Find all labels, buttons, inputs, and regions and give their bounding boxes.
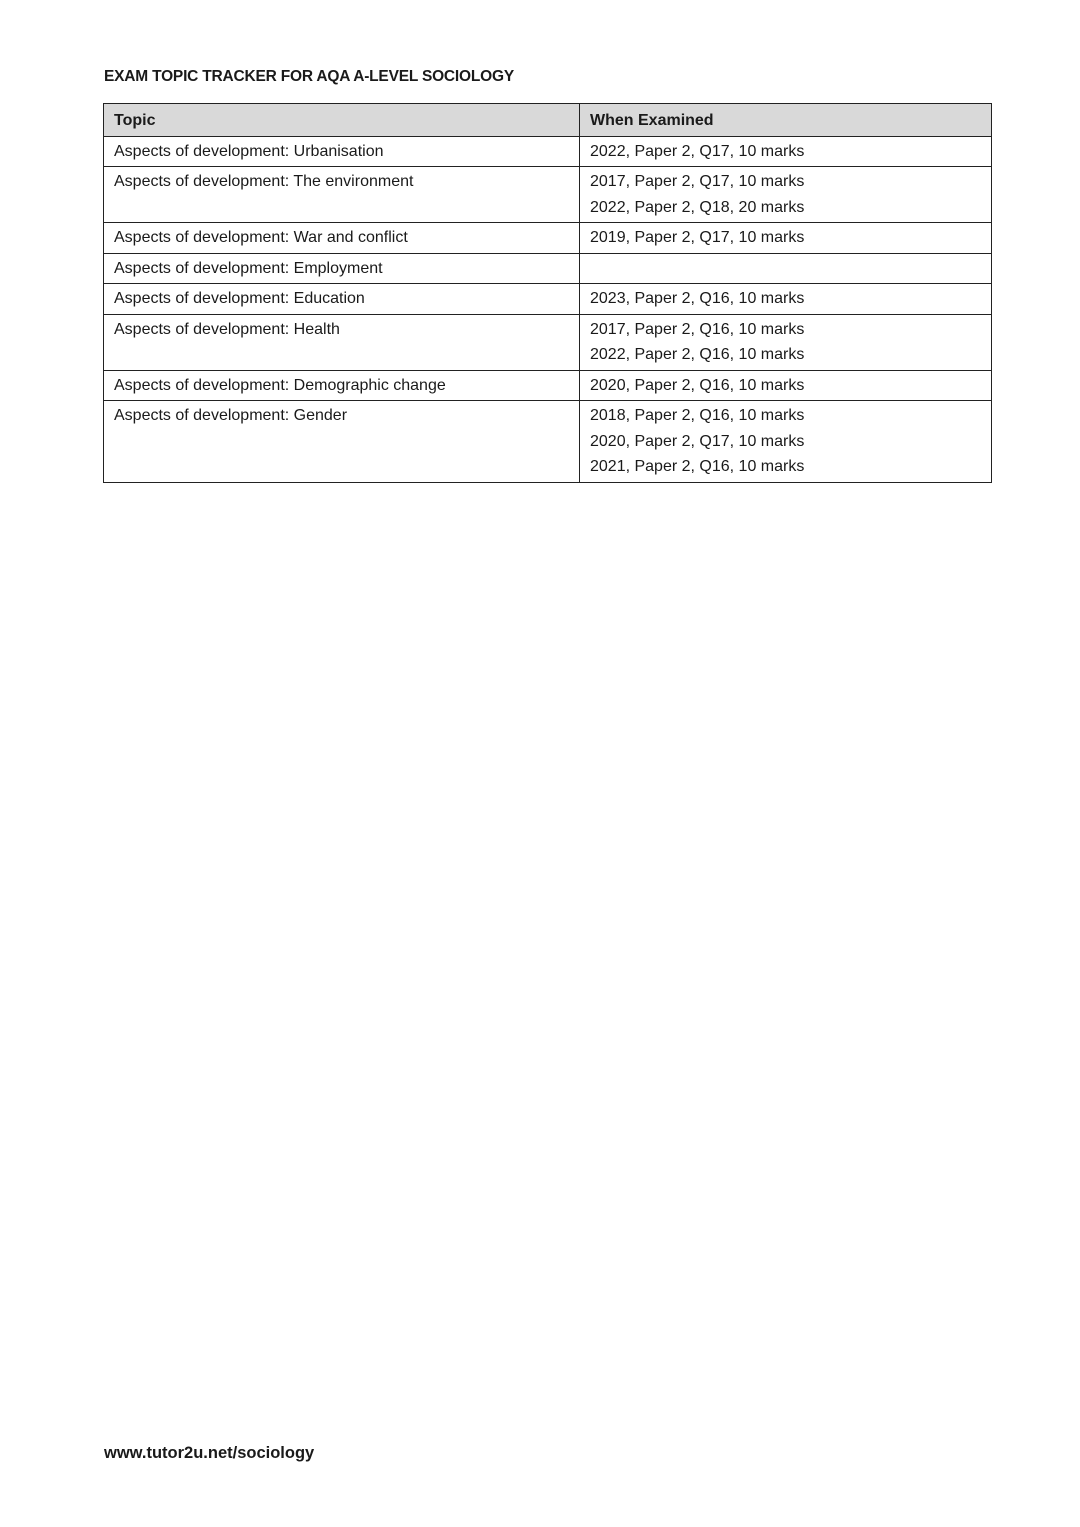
table-row: Aspects of development: The environment2…	[104, 167, 992, 223]
empty-value	[590, 256, 981, 282]
when-examined-cell: 2017, Paper 2, Q16, 10 marks2022, Paper …	[580, 314, 992, 370]
page-title: EXAM TOPIC TRACKER FOR AQA A-LEVEL SOCIO…	[104, 67, 514, 87]
exam-occurrence: 2020, Paper 2, Q16, 10 marks	[590, 373, 981, 399]
when-examined-cell: 2018, Paper 2, Q16, 10 marks2020, Paper …	[580, 401, 992, 483]
when-examined-cell: 2019, Paper 2, Q17, 10 marks	[580, 223, 992, 254]
topic-cell: Aspects of development: Health	[104, 314, 580, 370]
exam-occurrence: 2017, Paper 2, Q16, 10 marks	[590, 317, 981, 343]
topic-cell: Aspects of development: War and conflict	[104, 223, 580, 254]
table-row: Aspects of development: Education2023, P…	[104, 284, 992, 315]
table-row: Aspects of development: Gender2018, Pape…	[104, 401, 992, 483]
exam-occurrence: 2019, Paper 2, Q17, 10 marks	[590, 225, 981, 251]
topic-cell: Aspects of development: Urbanisation	[104, 136, 580, 167]
when-examined-cell	[580, 253, 992, 284]
topic-cell: Aspects of development: Gender	[104, 401, 580, 483]
footer-url: www.tutor2u.net/sociology	[104, 1443, 314, 1463]
exam-topic-table: Topic When Examined Aspects of developme…	[103, 103, 992, 483]
table-header-row: Topic When Examined	[104, 104, 992, 137]
table-body: Aspects of development: Urbanisation2022…	[104, 136, 992, 482]
when-examined-cell: 2020, Paper 2, Q16, 10 marks	[580, 370, 992, 401]
when-examined-cell: 2017, Paper 2, Q17, 10 marks2022, Paper …	[580, 167, 992, 223]
exam-occurrence: 2022, Paper 2, Q18, 20 marks	[590, 195, 981, 221]
exam-occurrence: 2017, Paper 2, Q17, 10 marks	[590, 169, 981, 195]
topic-cell: Aspects of development: The environment	[104, 167, 580, 223]
exam-occurrence: 2022, Paper 2, Q17, 10 marks	[590, 139, 981, 165]
topic-cell: Aspects of development: Demographic chan…	[104, 370, 580, 401]
column-header-when-examined: When Examined	[580, 104, 992, 137]
when-examined-cell: 2023, Paper 2, Q16, 10 marks	[580, 284, 992, 315]
column-header-topic: Topic	[104, 104, 580, 137]
table-row: Aspects of development: War and conflict…	[104, 223, 992, 254]
table-row: Aspects of development: Demographic chan…	[104, 370, 992, 401]
exam-occurrence: 2018, Paper 2, Q16, 10 marks	[590, 403, 981, 429]
when-examined-cell: 2022, Paper 2, Q17, 10 marks	[580, 136, 992, 167]
topic-cell: Aspects of development: Employment	[104, 253, 580, 284]
exam-occurrence: 2020, Paper 2, Q17, 10 marks	[590, 429, 981, 455]
table-row: Aspects of development: Urbanisation2022…	[104, 136, 992, 167]
exam-occurrence: 2021, Paper 2, Q16, 10 marks	[590, 454, 981, 480]
exam-occurrence: 2023, Paper 2, Q16, 10 marks	[590, 286, 981, 312]
table-row: Aspects of development: Health2017, Pape…	[104, 314, 992, 370]
exam-occurrence: 2022, Paper 2, Q16, 10 marks	[590, 342, 981, 368]
table-row: Aspects of development: Employment	[104, 253, 992, 284]
topic-cell: Aspects of development: Education	[104, 284, 580, 315]
